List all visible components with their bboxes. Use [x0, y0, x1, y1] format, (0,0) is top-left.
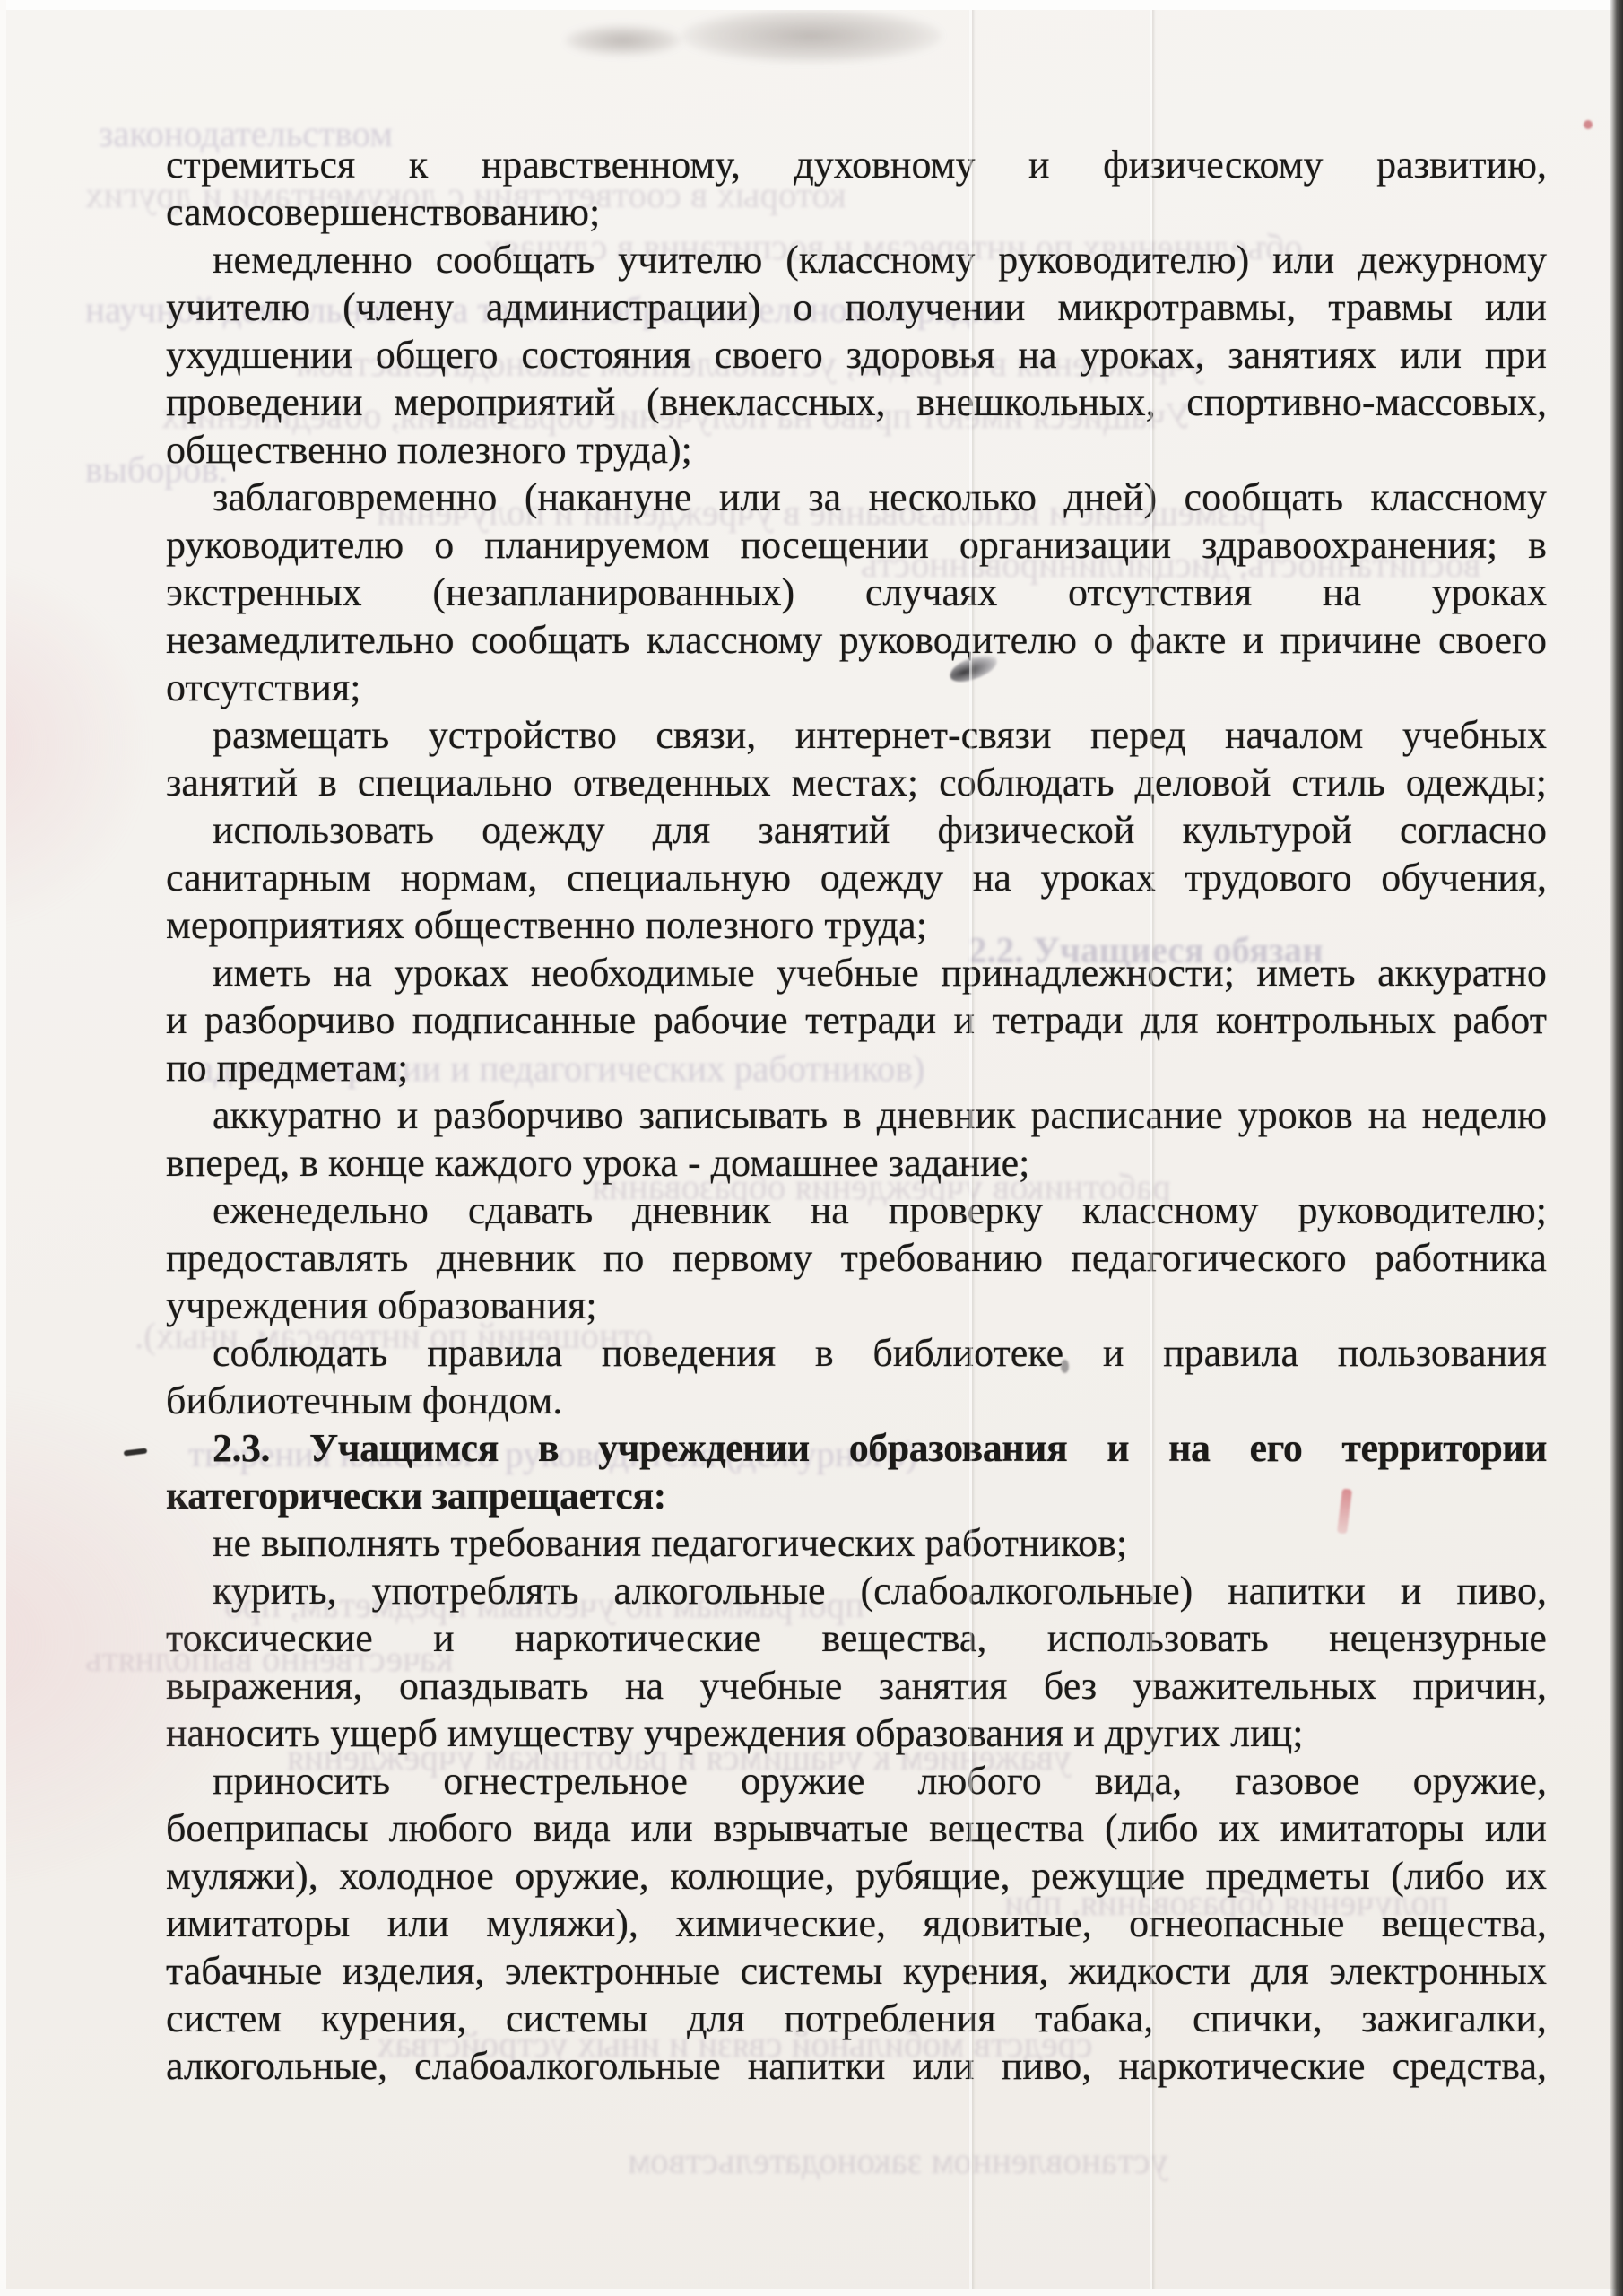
text-line: занятийвспециальноотведенныхместах;соблю… [166, 759, 1547, 806]
text-line: курить,употреблятьалкогольные(слабоалког… [166, 1567, 1547, 1614]
scan-smudge [681, 9, 942, 63]
text-line: аккуратноиразборчивозаписыватьвдневникра… [166, 1091, 1547, 1139]
text-line: вперед, в конце каждого урока - домашнее… [166, 1139, 1547, 1187]
text-line: проведениимероприятий(внеклассных,внешко… [166, 378, 1547, 426]
paper-crease-line [969, 0, 972, 2296]
text-line: системкурения,системыдляпотреблениятабак… [166, 1995, 1547, 2042]
text-line: не выполнять требования педагогических р… [166, 1519, 1547, 1567]
heading-line: категорически запрещается: [166, 1472, 1547, 1519]
bleedthrough-line: установленном законодательством [628, 2140, 1168, 2181]
scanner-edge-left [0, 0, 6, 2296]
text-line: мероприятиях общественно полезного труда… [166, 901, 1547, 949]
text-line: токсическиеинаркотическиевещества,исполь… [166, 1614, 1547, 1662]
text-line: самосовершенствованию; [166, 188, 1547, 236]
text-line: предоставлятьдневникпопервомутребованиюп… [166, 1234, 1547, 1282]
pink-tint [0, 556, 152, 933]
text-line: приноситьогнестрельноеоружиелюбоговида,г… [166, 1757, 1547, 1805]
text-line: санитарнымнормам,специальнуюодеждунаурок… [166, 854, 1547, 901]
text-line: использоватьодеждудлязанятийфизическойку… [166, 806, 1547, 854]
text-line: иразборчивоподписанныерабочиететрадиитет… [166, 996, 1547, 1044]
paper-crease-line [1150, 0, 1152, 2296]
page-edge-shadow [1610, 0, 1623, 2296]
text-line: отсутствия; [166, 664, 1547, 711]
text-line: алкогольные,слабоалкогольныенапиткиилипи… [166, 2042, 1547, 2090]
text-line: общественно полезного труда); [166, 426, 1547, 474]
text-line: руководителюопланируемомпосещенииорганиз… [166, 521, 1547, 569]
text-line: выражения,опаздыватьнаучебныезанятиябезу… [166, 1662, 1547, 1709]
text-line: библиотечным фондом. [166, 1377, 1547, 1424]
text-line: немедленносообщатьучителю(классномуруков… [166, 236, 1547, 283]
scanned-page: законодательствомкоторых в соответствии … [0, 0, 1623, 2296]
text-line: табачныеизделия,электронныесистемыкурени… [166, 1947, 1547, 1995]
scanner-edge-bottom [0, 2289, 1623, 2296]
text-line: незамедлительносообщатьклассномуруководи… [166, 616, 1547, 664]
text-line: размещатьустройствосвязи,интернет-связип… [166, 711, 1547, 759]
heading-line: 2.3.Учащимсявучрежденииобразованияинаего… [166, 1424, 1547, 1472]
red-dot [1584, 120, 1593, 129]
ink-dash [124, 1448, 148, 1456]
text-block: стремитьсякнравственному,духовномуифизич… [166, 141, 1547, 2090]
text-line: учителю(членуадминистрации)ополучениимик… [166, 283, 1547, 331]
text-line: экстренных(незапланированных)случаяхотсу… [166, 569, 1547, 616]
text-line: муляжи),холодноеоружие,колющие,рубящие,р… [166, 1852, 1547, 1900]
text-line: еженедельносдаватьдневникнапроверкукласс… [166, 1187, 1547, 1234]
text-line: стремитьсякнравственному,духовномуифизич… [166, 141, 1547, 188]
scanner-edge-top [0, 0, 1623, 10]
text-line: боеприпасылюбоговидаиливзрывчатыевеществ… [166, 1805, 1547, 1852]
text-line: учреждения образования; [166, 1282, 1547, 1329]
text-line: заблаговременно(наканунеилизанесколькодн… [166, 474, 1547, 521]
text-line: иметьнаурокахнеобходимыеучебныепринадлеж… [166, 949, 1547, 996]
text-line: имитаторыилимуляжи),химические,ядовитые,… [166, 1900, 1547, 1947]
text-line: наносить ущерб имуществу учреждения обра… [166, 1709, 1547, 1757]
text-line: ухудшенииобщегосостояниясвоегоздоровьяна… [166, 331, 1547, 378]
text-line: по предметам; [166, 1044, 1547, 1091]
text-line: соблюдатьправилаповедениявбиблиотекеипра… [166, 1329, 1547, 1377]
scan-smudge [565, 25, 681, 56]
